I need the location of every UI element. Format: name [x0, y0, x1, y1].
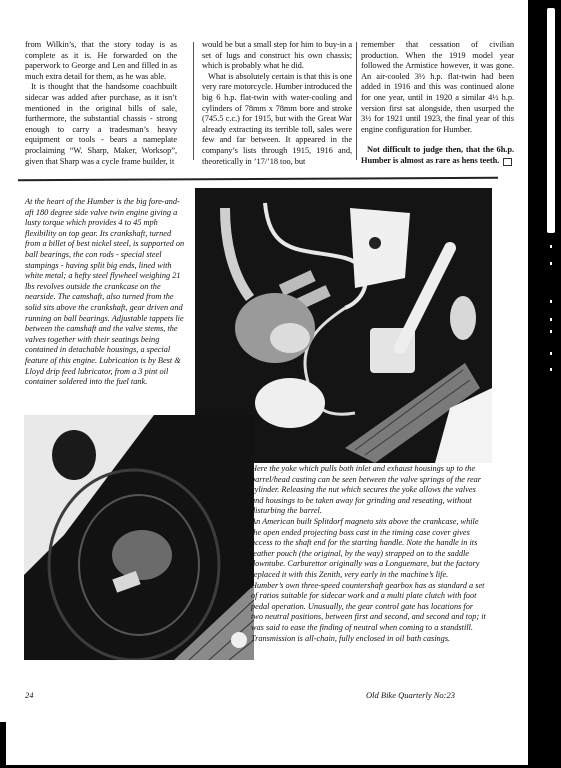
caption-right-paragraph-1: Here the yoke which pulls both inlet and… — [251, 464, 486, 517]
column3-paragraph-1: remember that cessation of civilian prod… — [361, 40, 514, 135]
scan-speck — [550, 300, 552, 303]
flywheel-closeup-photo — [24, 415, 254, 660]
caption-right: Here the yoke which pulls both inlet and… — [251, 464, 486, 644]
caption-right-paragraph-3: Humber’s own three-speed countershaft ge… — [251, 581, 486, 645]
magazine-issue-footer: Old Bike Quarterly No:23 — [366, 690, 455, 700]
scan-speck — [550, 352, 552, 355]
caption-right-paragraph-2: An American built Splitdorf magneto sits… — [251, 517, 486, 581]
scan-edge-left — [0, 722, 6, 768]
column1-paragraph-1: from Wilkin’s, that the story today is a… — [25, 40, 177, 82]
scan-speck — [550, 368, 552, 371]
scan-edge-highlight — [547, 8, 555, 233]
horizontal-rule — [18, 177, 498, 182]
article-column-1: from Wilkin’s, that the story today is a… — [25, 40, 177, 167]
column-divider-1 — [193, 42, 194, 160]
scan-edge-right — [528, 0, 561, 768]
caption-left: At the heart of the Humber is the big fo… — [25, 197, 185, 388]
scan-speck — [550, 262, 552, 265]
flywheel-illustration — [24, 415, 254, 660]
article-column-3: remember that cessation of civilian prod… — [361, 40, 514, 167]
scan-speck — [550, 245, 552, 248]
column1-paragraph-2: It is thought that the handsome coachbui… — [25, 82, 177, 167]
column3-paragraph-2: Not difficult to judge then, that the 6h… — [361, 145, 514, 166]
scan-speck — [550, 330, 552, 333]
column2-paragraph-2: What is absolutely certain is that this … — [202, 72, 352, 167]
column2-paragraph-1: would be but a small step for him to buy… — [202, 40, 352, 72]
page-number: 24 — [25, 690, 34, 700]
column3-paragraph-2-text: Not difficult to judge then, that the 6h… — [361, 145, 514, 165]
column-divider-2 — [356, 42, 357, 160]
end-of-article-box-icon — [503, 158, 512, 166]
scan-speck — [550, 318, 552, 321]
article-column-2: would be but a small step for him to buy… — [202, 40, 352, 167]
